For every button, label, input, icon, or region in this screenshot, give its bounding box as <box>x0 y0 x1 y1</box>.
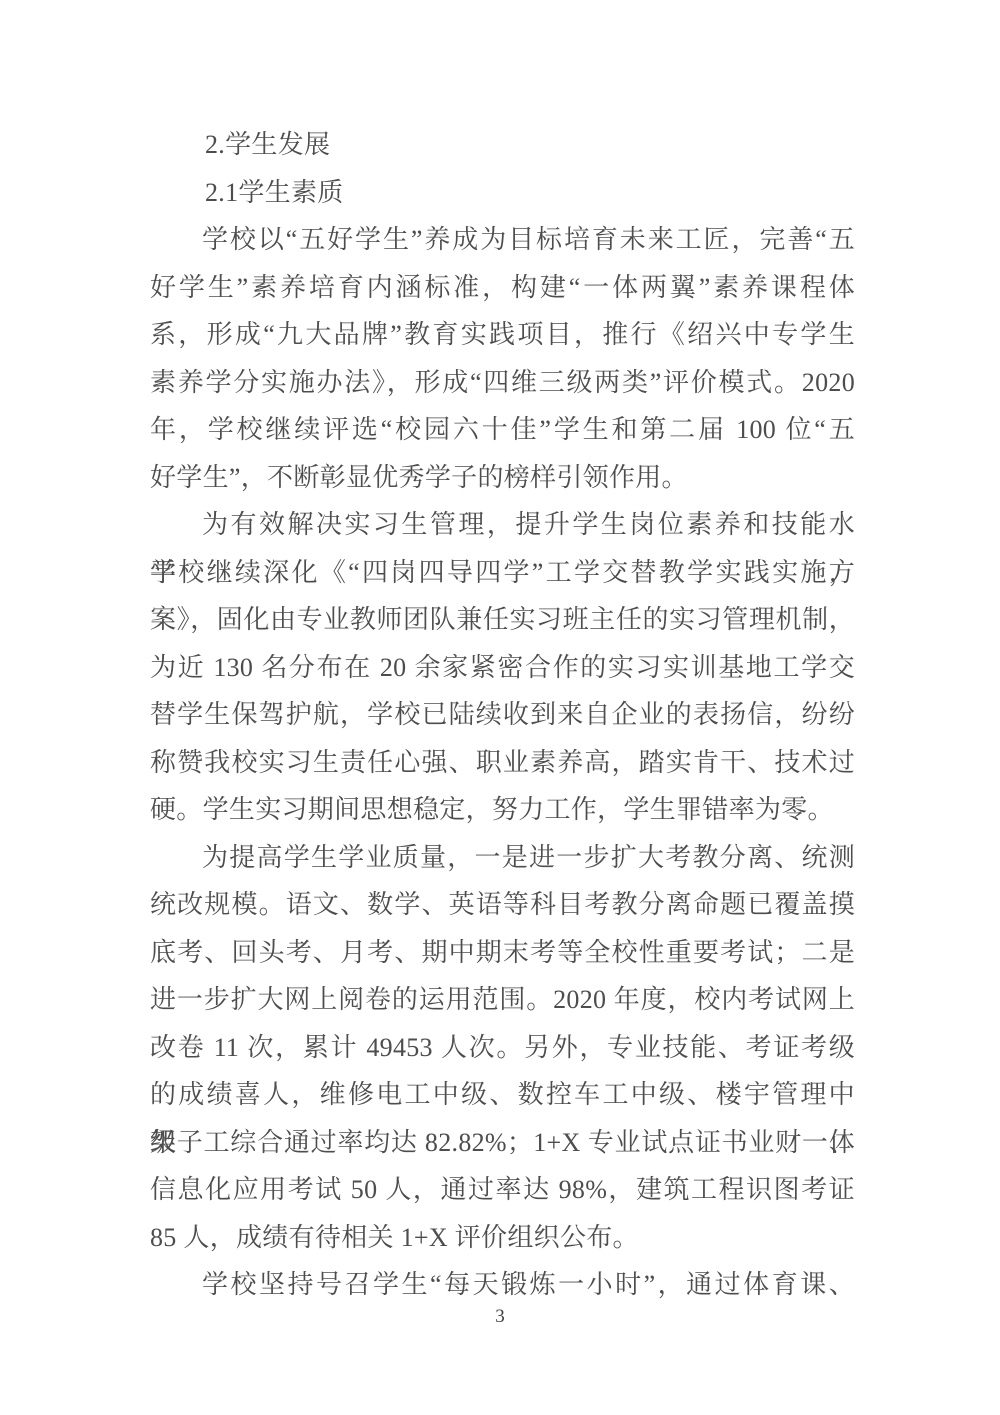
text-line: 改卷 11 次，累计 49453 人次。另外，专业技能、考证考级 <box>150 1024 855 1072</box>
text-line: 好学生”素养培育内涵标准，构建“一体两翼”素养课程体 <box>150 264 855 312</box>
text-line: 为提高学生学业质量，一是进一步扩大考教分离、统测 <box>150 834 855 882</box>
text-line: 信息化应用考试 50 人，通过率达 98%，建筑工程识图考证 <box>150 1166 855 1214</box>
text-line: 底考、回头考、月考、期中期末考等全校性重要考试；二是 <box>150 929 855 977</box>
text-line: 学校继续深化《“四岗四导四学”工学交替教学实践实施方 <box>150 549 855 597</box>
text-line: 年，学校继续评选“校园六十佳”学生和第二届 100 位“五 <box>150 406 855 454</box>
text-line: 架子工综合通过率均达 82.82%；1+X 专业试点证书业财一体 <box>150 1119 855 1167</box>
text-line: 学校以“五好学生”养成为目标培育未来工匠，完善“五 <box>150 216 855 264</box>
document-page: 2.学生发展 2.1学生素质 学校以“五好学生”养成为目标培育未来工匠，完善“五… <box>0 0 1000 1415</box>
text-line: 替学生保驾护航，学校已陆续收到来自企业的表扬信，纷纷 <box>150 691 855 739</box>
text-line: 硬。学生实习期间思想稳定，努力工作，学生罪错率为零。 <box>150 786 855 834</box>
text-line: 好学生”，不断彰显优秀学子的榜样引领作用。 <box>150 454 855 502</box>
text-line: 素养学分实施办法》，形成“四维三级两类”评价模式。2020 <box>150 359 855 407</box>
text-line: 为有效解决实习生管理，提升学生岗位素养和技能水平， <box>150 501 855 549</box>
text-line: 学校坚持号召学生“每天锻炼一小时”，通过体育课、 <box>150 1261 855 1309</box>
text-line: 系，形成“九大品牌”教育实践项目，推行《绍兴中专学生 <box>150 311 855 359</box>
text-line: 称赞我校实习生责任心强、职业素养高，踏实肯干、技术过 <box>150 739 855 787</box>
section-heading: 2.学生发展 <box>150 121 855 169</box>
subsection-heading: 2.1学生素质 <box>150 169 855 217</box>
text-line: 85 人，成绩有待相关 1+X 评价组织公布。 <box>150 1214 855 1262</box>
text-line: 统改规模。语文、数学、英语等科目考教分离命题已覆盖摸 <box>150 881 855 929</box>
text-line: 的成绩喜人，维修电工中级、数控车工中级、楼宇管理中级、 <box>150 1071 855 1119</box>
text-line: 为近 130 名分布在 20 余家紧密合作的实习实训基地工学交 <box>150 644 855 692</box>
page-content: 2.学生发展 2.1学生素质 学校以“五好学生”养成为目标培育未来工匠，完善“五… <box>150 121 855 1309</box>
text-line: 案》，固化由专业教师团队兼任实习班主任的实习管理机制， <box>150 596 855 644</box>
text-line: 进一步扩大网上阅卷的运用范围。2020 年度，校内考试网上 <box>150 976 855 1024</box>
page-number: 3 <box>0 1304 1000 1330</box>
